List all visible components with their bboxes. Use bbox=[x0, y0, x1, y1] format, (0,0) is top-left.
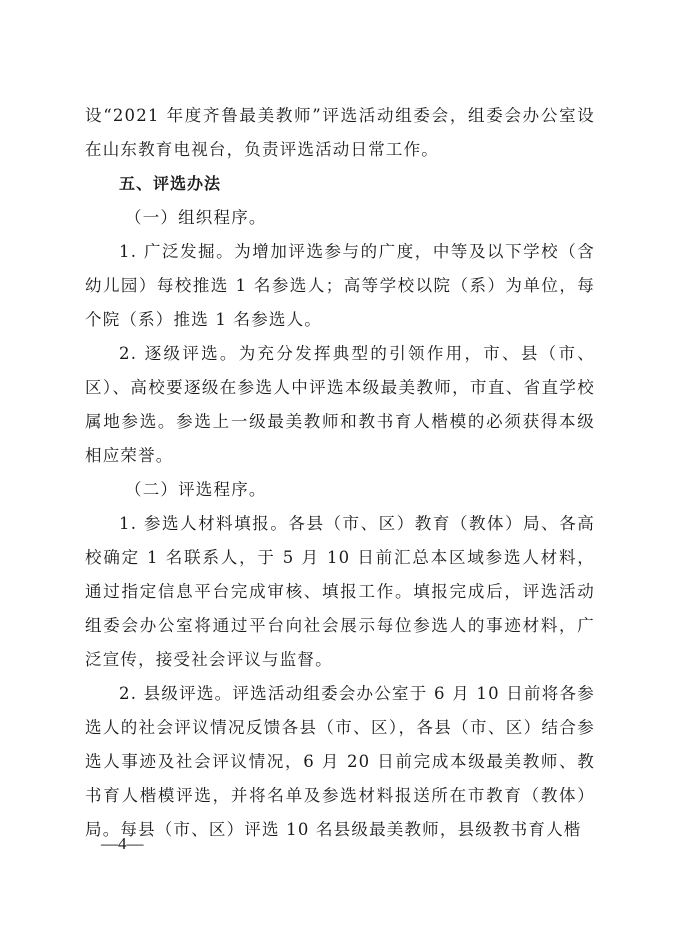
page-number: —4— bbox=[101, 834, 144, 854]
document-body: 设“2021 年度齐鲁最美教师”评选活动组委会，组委会办公室设在山东教育电视台，… bbox=[85, 99, 595, 847]
subsection-heading-evaluation-procedure: （二）评选程序。 bbox=[85, 473, 595, 507]
paragraph-committee-continued: 设“2021 年度齐鲁最美教师”评选活动组委会，组委会办公室设在山东教育电视台，… bbox=[85, 99, 595, 167]
paragraph-broad-discovery: 1. 广泛发掘。为增加评选参与的广度，中等及以下学校（含幼儿园）每校推选 1 名… bbox=[85, 235, 595, 337]
paragraph-county-evaluation: 2. 县级评选。评选活动组委会办公室于 6 月 10 日前将各参选人的社会评议情… bbox=[85, 677, 595, 847]
section-heading-evaluation-methods: 五、评选办法 bbox=[85, 167, 595, 201]
paragraph-materials-submission: 1. 参选人材料填报。各县（市、区）教育（教体）局、各高校确定 1 名联系人，于… bbox=[85, 507, 595, 677]
paragraph-tiered-evaluation: 2. 逐级评选。为充分发挥典型的引领作用，市、县（市、区）、高校要逐级在参选人中… bbox=[85, 337, 595, 473]
document-page: 设“2021 年度齐鲁最美教师”评选活动组委会，组委会办公室设在山东教育电视台，… bbox=[0, 0, 678, 942]
subsection-heading-organization-procedure: （一）组织程序。 bbox=[85, 201, 595, 235]
